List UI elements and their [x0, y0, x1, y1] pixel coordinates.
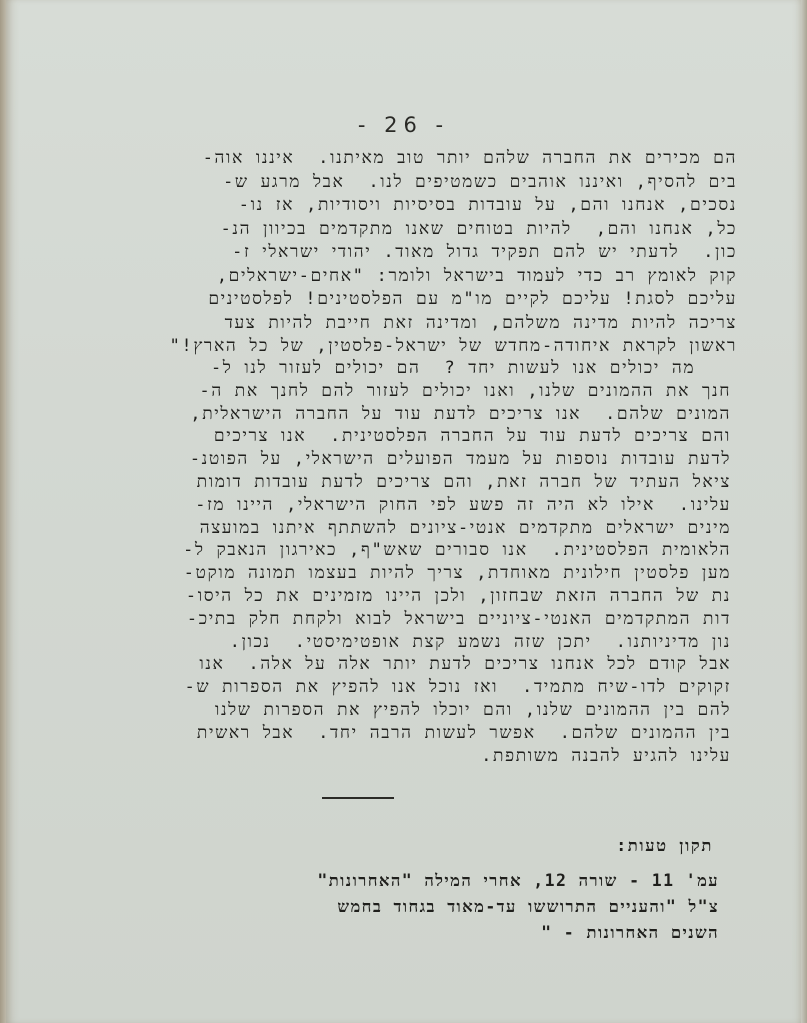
text-line: כל, אנחנו והם, להיות בטוחים שאנו מתקדמים…: [220, 217, 737, 242]
erratum-title: תקון טעות:: [616, 836, 713, 856]
text-line: מה יכולים אנו לעשות יחד ? הם יכולים לעזו…: [211, 356, 731, 381]
text-line: עלינו. אילו לא היה זה פשע לפי החוק הישרא…: [195, 493, 731, 518]
text-line: בין ההמונים שלהם. אפשר לעשות הרבה יחד. א…: [197, 721, 731, 746]
text-line: דות המתקדמים האנטי-ציוניים בישראל לבוא ו…: [187, 607, 731, 632]
text-line: מען פלסטין חילונית מאוחדת, צריך להיות בע…: [184, 561, 731, 586]
text-line: והם צריכים לדעת עוד על החברה הפלסטינית. …: [214, 424, 731, 449]
text-line: בים להסיף, ואיננו אוהבים כשמטיפים לנו. א…: [223, 170, 737, 195]
text-line: הם מכירים את החברה שלהם יותר טוב מאיתנו.…: [203, 146, 737, 171]
section-divider: [322, 797, 394, 799]
text-line: כון. לדעתי יש להם תפקיד גדול מאוד. יהודי…: [232, 240, 737, 265]
erratum-line: צ"ל "והעניים התרוששו עד-מאוד בגחוד בחמש: [337, 894, 719, 919]
text-line: קוק לאומץ רב כדי לעמוד בישראל ולומר: "אח…: [217, 264, 737, 289]
text-line: המונים שלהם. אנו צריכים לדעת עוד על החבר…: [190, 402, 731, 427]
text-line: ציאל העתיד של חברה זאת, והם צריכים לדעת …: [197, 470, 731, 495]
erratum-line: השנים האחרונות - ": [541, 920, 719, 945]
erratum-line: עמ' 11 - שורה 12, אחרי המילה "האחרונות": [317, 868, 719, 893]
text-line: נון מדיניותנו. יתכן שזה נשמע קצת אופטימי…: [230, 630, 731, 655]
text-line: אבל קודם לכל אנחנו צריכים לדעת יותר אלה …: [199, 652, 731, 677]
text-line: עלינו להגיע להבנה משותפת.: [481, 744, 731, 769]
text-line: מינים ישראלים מתקדמים אנטי-ציונים להשתתף…: [200, 516, 731, 541]
document-page: - 26 - הם מכירים את החברה שלהם יותר טוב …: [6, 0, 801, 1023]
text-line: נסכים, אנחנו והם, על עובדות בסיסיות ויסו…: [239, 193, 737, 218]
page-number: - 26 -: [6, 113, 801, 137]
text-line: לדעת עובדות נוספות על מעמד הפועלים הישרא…: [190, 447, 731, 472]
text-line: נת של החברה הזאת שבחזון, ולכן היינו מזמי…: [186, 584, 731, 609]
text-line: הלאומית הפלסטינית. אנו סבורים שאש"ף, כאי…: [183, 538, 731, 563]
paper-edge-right: [801, 0, 807, 1023]
text-line: חנך את ההמונים שלנו, ואנו יכולים לעזור ל…: [199, 379, 731, 404]
text-line: להם בין ההמונים שלנו, והם יוכלו להפיץ את…: [215, 698, 731, 723]
text-line: צריכה להיות מדינה משלהם, ומדינה זאת חייב…: [225, 311, 737, 336]
text-line: עליכם לסגת! עליכם לקיים מו"מ עם הפלסטיני…: [208, 287, 737, 312]
text-line: זקוקים לדו-שיח מתמיד. ואז נוכל אנו להפיץ…: [184, 675, 731, 700]
